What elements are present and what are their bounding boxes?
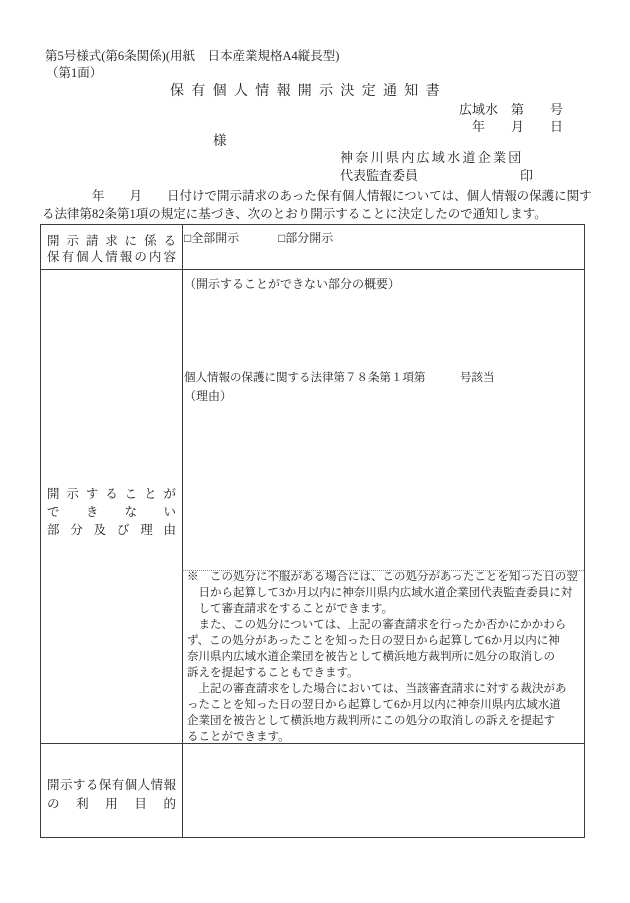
row-label-line: 部分及び理由	[47, 521, 176, 539]
row-label-requested-info: 開示請求に係る 保有個人情報の内容	[41, 233, 182, 265]
document-title: 保有個人情報開示決定通知書	[170, 80, 447, 100]
issuer-role: 代表監査委員	[340, 165, 418, 184]
form-number-line: 第5号様式(第6条関係)(用紙 日本産業規格A4縦長型)	[45, 46, 339, 64]
nondisclosable-summary-caption: （開示することができない部分の概要）	[184, 275, 400, 292]
page-face-label: （第1面）	[46, 63, 102, 81]
law-reference-line: 個人情報の保護に関する法律第７８条第１項第 号該当	[184, 369, 495, 385]
issuer-organization: 神奈川県内広域水道企業団	[340, 147, 524, 166]
row-label-nondisclosable-parts: 開示することが できない 部分及び理由	[41, 485, 182, 539]
reason-caption: （理由）	[184, 387, 232, 404]
row-label-line: 開示する保有個人情報	[47, 776, 176, 795]
row-label-line: 開示することが	[47, 485, 176, 503]
table-column-divider	[182, 225, 183, 837]
appeal-instructions-note: ※ この処分に不服がある場合には、この処分があったことを知った日の翌 日から起算…	[187, 569, 582, 745]
disclosure-decision-table: 開示請求に係る 保有個人情報の内容 □全部開示 □部分開示 開示することが でき…	[40, 224, 585, 838]
row-label-line: 開示請求に係る	[47, 233, 176, 249]
row-label-line: の利用目的	[47, 795, 176, 814]
checkbox-partial-disclosure[interactable]: □部分開示	[278, 229, 333, 246]
seal-mark: 印	[520, 165, 533, 184]
notification-body-text: 年 月 日付けで開示請求のあった保有個人情報については、個人情報の保護に関す る…	[42, 187, 592, 223]
row-label-line: できない	[47, 503, 176, 521]
issue-date-line: 年 月 日	[472, 116, 563, 135]
checkbox-full-disclosure[interactable]: □全部開示	[184, 229, 239, 246]
table-row-divider-1	[41, 269, 584, 270]
addressee-honorific: 様	[213, 129, 227, 149]
row-label-purpose-of-use: 開示する保有個人情報 の利用目的	[41, 776, 182, 814]
row-label-line: 保有個人情報の内容	[47, 249, 176, 265]
